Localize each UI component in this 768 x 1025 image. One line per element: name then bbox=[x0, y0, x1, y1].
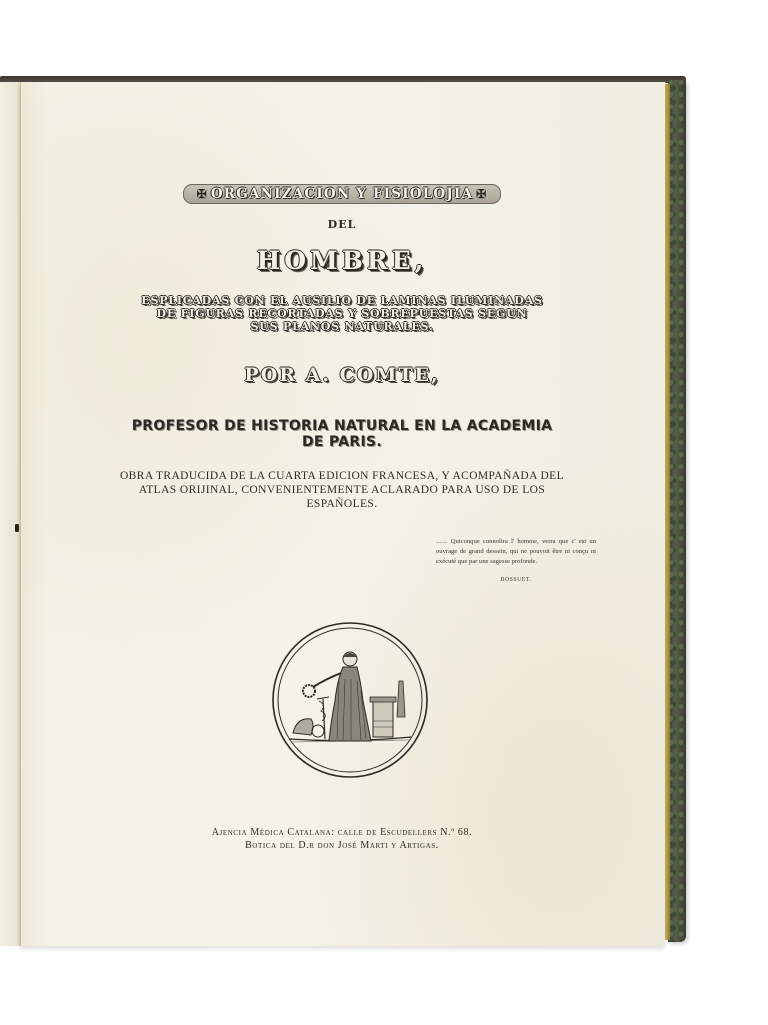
banner-title-row: ✠ORGANIZACION Y FISIOLOJIA✠ bbox=[20, 183, 664, 204]
translation-note-line: ESPAÑOLES. bbox=[20, 497, 664, 511]
epigraph-text: ....... Quiconque connoîtra l' homme, ve… bbox=[436, 538, 596, 565]
translation-note-line: ATLAS ORIJINAL, CONVENIENTEMENTE ACLARAD… bbox=[20, 483, 664, 497]
cross-ornament-icon: ✠ bbox=[476, 187, 487, 201]
author-title-line: DE PARIS. bbox=[20, 434, 664, 450]
author-line: POR A. COMTE, bbox=[20, 364, 664, 386]
title-page-content: ✠ORGANIZACION Y FISIOLOJIA✠ DEL HOMBRE, … bbox=[20, 82, 664, 946]
author-title-line: PROFESOR DE HISTORIA NATURAL EN LA ACADE… bbox=[20, 418, 664, 434]
translation-note: OBRA TRADUCIDA DE LA CUARTA EDICION FRAN… bbox=[20, 469, 664, 511]
publisher-imprint: Ajencia Médica Catalana: calle de Escude… bbox=[20, 826, 664, 852]
banner-title: ✠ORGANIZACION Y FISIOLOJIA✠ bbox=[183, 184, 502, 204]
open-book: ✠ORGANIZACION Y FISIOLOJIA✠ DEL HOMBRE, … bbox=[0, 0, 768, 1025]
cross-ornament-icon: ✠ bbox=[197, 187, 208, 201]
main-title: HOMBRE, bbox=[20, 246, 664, 275]
subtitle-line: SUS PLANOS NATURALES. bbox=[20, 320, 664, 333]
subtitle-line: DE FIGURAS RECORTADAS Y SOBREPUESTAS SEG… bbox=[20, 307, 664, 320]
left-page-fold bbox=[0, 82, 22, 946]
translation-note-line: OBRA TRADUCIDA DE LA CUARTA EDICION FRAN… bbox=[20, 469, 664, 483]
book-cover-marbled-edge bbox=[668, 80, 686, 942]
allegorical-medallion-icon bbox=[271, 621, 429, 779]
epigraph: ....... Quiconque connoîtra l' homme, ve… bbox=[436, 537, 596, 585]
publisher-line: Botica del D.r don José Marti y Artigas. bbox=[20, 839, 664, 852]
subtitle: ESPLICADAS CON EL AUSILIO DE LAMINAS ILU… bbox=[20, 294, 664, 333]
title-del: DEL bbox=[20, 218, 664, 231]
banner-title-text: ORGANIZACION Y FISIOLOJIA bbox=[211, 186, 473, 202]
gutter-mark bbox=[15, 524, 19, 532]
author-title: PROFESOR DE HISTORIA NATURAL EN LA ACADE… bbox=[20, 418, 664, 450]
publisher-line: Ajencia Médica Catalana: calle de Escude… bbox=[20, 826, 664, 839]
subtitle-line: ESPLICADAS CON EL AUSILIO DE LAMINAS ILU… bbox=[20, 294, 664, 307]
epigraph-author: BOSSUET. bbox=[436, 575, 596, 585]
